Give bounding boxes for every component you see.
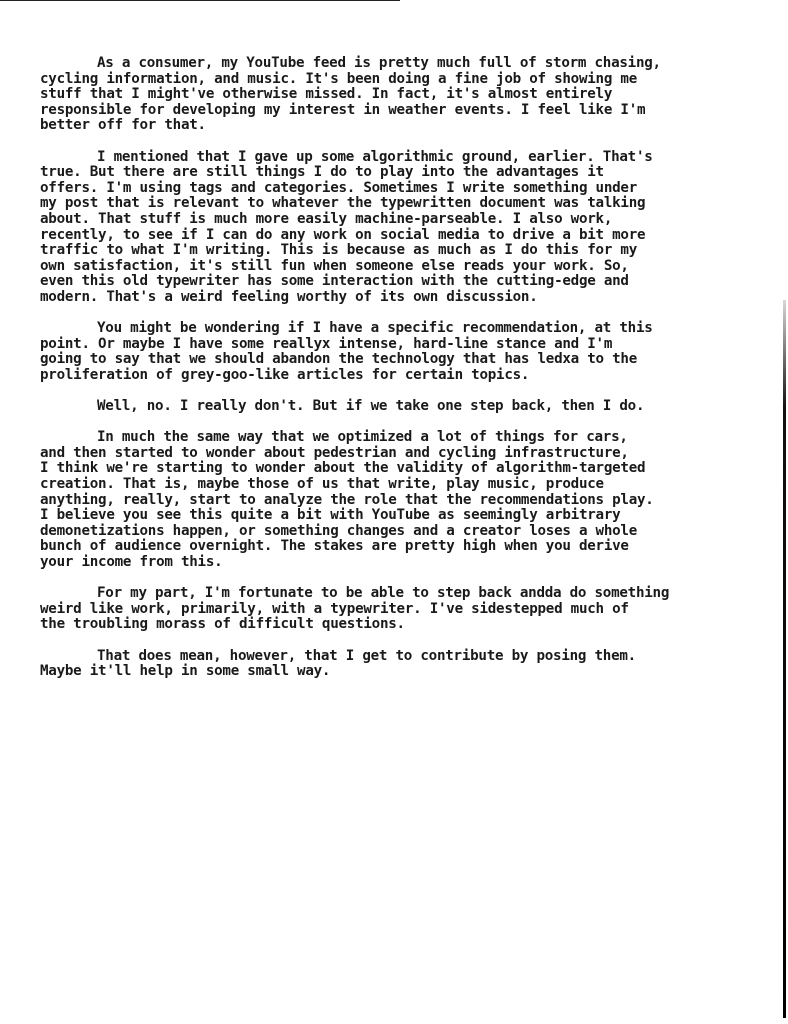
text-line: true. But there are still things I do to… — [40, 165, 760, 181]
text-line: the troubling morass of difficult questi… — [40, 617, 760, 633]
text-line: stuff that I might've otherwise missed. … — [40, 87, 760, 103]
text-line: even this old typewriter has some intera… — [40, 274, 760, 290]
text-line: That does mean, however, that I get to c… — [40, 649, 760, 665]
text-line: weird like work, primarily, with a typew… — [40, 602, 760, 618]
text-line: your income from this. — [40, 555, 760, 571]
text-line: my post that is relevant to whatever the… — [40, 196, 760, 212]
paragraph-2: I mentioned that I gave up some algorith… — [40, 150, 760, 306]
paragraph-4: Well, no. I really don't. But if we take… — [40, 399, 760, 415]
text-line: own satisfaction, it's still fun when so… — [40, 259, 760, 275]
page-top-edge — [0, 0, 400, 1]
text-line: modern. That's a weird feeling worthy of… — [40, 290, 760, 306]
text-line: point. Or maybe I have some reallyx inte… — [40, 337, 760, 353]
text-line: cycling information, and music. It's bee… — [40, 72, 760, 88]
paragraph-6: For my part, I'm fortunate to be able to… — [40, 586, 760, 633]
paragraph-1: As a consumer, my YouTube feed is pretty… — [40, 56, 760, 134]
text-line: traffic to what I'm writing. This is bec… — [40, 243, 760, 259]
typewritten-page: As a consumer, my YouTube feed is pretty… — [40, 56, 760, 695]
text-line: demonetizations happen, or something cha… — [40, 524, 760, 540]
text-line: As a consumer, my YouTube feed is pretty… — [40, 56, 760, 72]
text-line: I believe you see this quite a bit with … — [40, 508, 760, 524]
text-line: Well, no. I really don't. But if we take… — [40, 399, 760, 415]
text-line: Maybe it'll help in some small way. — [40, 664, 760, 680]
text-line: For my part, I'm fortunate to be able to… — [40, 586, 760, 602]
text-line: creation. That is, maybe those of us tha… — [40, 477, 760, 493]
text-line: responsible for developing my interest i… — [40, 103, 760, 119]
text-line: anything, really, start to analyze the r… — [40, 493, 760, 509]
text-line: better off for that. — [40, 118, 760, 134]
text-line: bunch of audience overnight. The stakes … — [40, 539, 760, 555]
page-right-edge-shadow — [783, 300, 786, 1018]
text-line: offers. I'm using tags and categories. S… — [40, 181, 760, 197]
text-line: about. That stuff is much more easily ma… — [40, 212, 760, 228]
paragraph-7: That does mean, however, that I get to c… — [40, 649, 760, 680]
paragraph-5: In much the same way that we optimized a… — [40, 430, 760, 570]
paragraph-3: You might be wondering if I have a speci… — [40, 321, 760, 383]
text-line: You might be wondering if I have a speci… — [40, 321, 760, 337]
text-line: going to say that we should abandon the … — [40, 352, 760, 368]
text-line: In much the same way that we optimized a… — [40, 430, 760, 446]
text-line: and then started to wonder about pedestr… — [40, 446, 760, 462]
text-line: proliferation of grey-goo-like articles … — [40, 368, 760, 384]
text-line: recently, to see if I can do any work on… — [40, 228, 760, 244]
text-line: I mentioned that I gave up some algorith… — [40, 150, 760, 166]
text-line: I think we're starting to wonder about t… — [40, 461, 760, 477]
